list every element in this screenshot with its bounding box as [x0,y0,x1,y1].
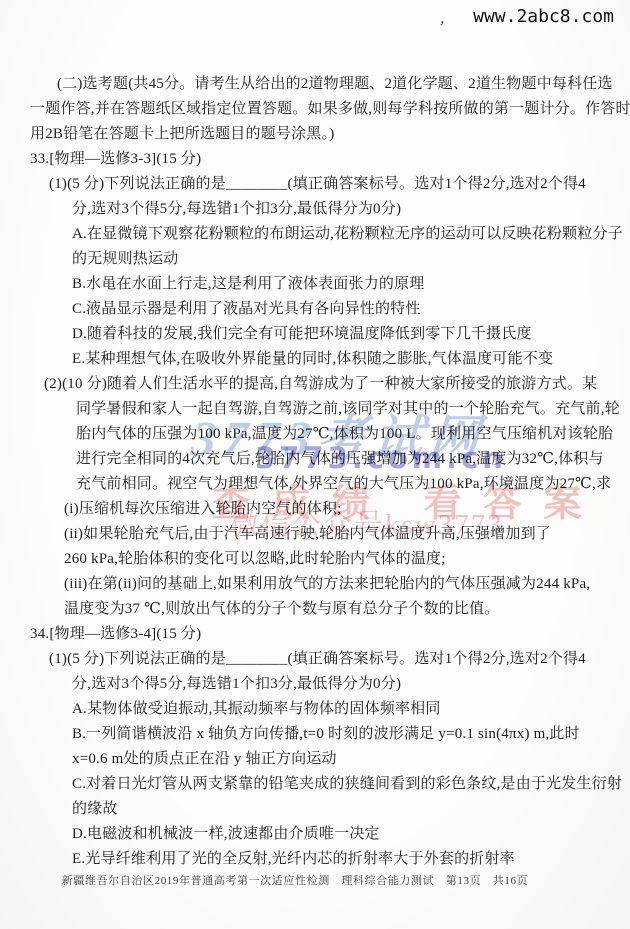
q34-part1-line-2: 分,选对3个得5分,每选错1个扣3分,最低得分为0分) [0,672,630,697]
exam-page-scan: , www.2abc8.com (二)选考题(共45分。请考生从给出的2道物理题… [0,0,630,929]
q34-part1-line-1: (1)(5 分)下列说法正确的是________(填正确答案标号。选对1个得2分… [0,647,630,672]
doc-lines: (二)选考题(共45分。请考生从给出的2道物理题、2道化学题、2道生物题中每科任… [0,72,630,872]
q33-option-c: C.液晶显示器是利用了液晶对光具有各向异性的特性 [0,297,630,322]
q33-part1-line-2: 分,选对3个得5分,每选错1个扣3分,最低得分为0分) [0,197,630,222]
q33-option-a-line-1: A.在显微镜下观察花粉颗粒的布朗运动,花粉颗粒无序的运动可以反映花粉颗粒分子 [0,222,630,247]
q34-option-c-line-1: C.对着日光灯管从两支紧靠的铅笔夹成的狭缝间看到的彩色条纹,是由于光发生衍射 [0,772,630,797]
q34-option-b-line-2: x=0.6 m处的质点正在沿 y 轴正方向运动 [0,747,630,772]
q33-part2-line-5: 充气前相同。视空气为理想气体,外界空气的大气压为100 kPa,环境温度为27℃… [0,472,630,497]
q33-sub-iii-line-2: 温度变为37 ℃,则放出气体的分子个数与原有总分子个数的比值。 [0,597,630,622]
q34-option-b-line-1: B.一列简谐横波沿 x 轴负方向传播,t=0 时刻的波形满足 y=0.1 sin… [0,722,630,747]
q33-part2-line-2: 同学暑假和家人一起自驾游,自驾游之前,该同学对其中的一个轮胎充气。充气前,轮 [0,397,630,422]
q33-sub-i: (i)压缩机每次压缩进入轮胎内空气的体积; [0,497,630,522]
q33-option-d: D.随着科技的发展,我们完全有可能把环境温度降低到零下几千摄氏度 [0,322,630,347]
q34-title: 34.[物理—选修3-4](15 分) [0,622,630,647]
intro-line-1: (二)选考题(共45分。请考生从给出的2道物理题、2道化学题、2道生物题中每科任… [0,72,630,97]
q33-part2-line-3: 胎内气体的压强为100 kPa,温度为27℃,体积为100 L。现利用空气压缩机… [0,422,630,447]
q34-option-d: D.电磁波和机械波一样,波速都由介质唯一决定 [0,822,630,847]
q33-option-e: E.某种理想气体,在吸收外界能量的同时,体积随之膨胀,气体温度可能不变 [0,347,630,372]
q34-option-c-line-2: 的缘故 [0,797,630,822]
q33-sub-ii-line-2: 260 kPa,轮胎体积的变化可以忽略,此时轮胎内气体的温度; [0,547,630,572]
website-header: www.2abc8.com [473,6,614,27]
q33-part2-line-1: (2)(10 分)随着人们生活水平的提高,自驾游成为了一种被大家所接受的旅游方式… [0,372,630,397]
q33-sub-ii-line-1: (ii)如果轮胎充气后,由于汽车高速行驶,轮胎内气体温度升高,压强增加到了 [0,522,630,547]
q34-option-e: E.光导纤维利用了光的全反射,光纤内芯的折射率大于外套的折射率 [0,847,630,872]
q33-part2-line-4: 进行完全相同的4次充气后,轮胎内气体的压强增加为244 kPa,温度为32℃,体… [0,447,630,472]
scan-artifact-mark: , [439,10,447,28]
q34-option-a: A.某物体做受迫振动,其振动频率与物体的固体频率相同 [0,697,630,722]
q33-title: 33.[物理—选修3-3](15 分) [0,147,630,172]
intro-line-2: 一题作答,并在答题纸区域指定位置答题。如果多做,则每学科按所做的第一题计分。作答… [0,97,630,122]
q33-option-b: B.水黾在水面上行走,这是利用了液体表面张力的原理 [0,272,630,297]
page-footer: 新疆维吾尔自治区2019年普通高考第一次适应性检测 理科综合能力测试 第13页 … [0,872,610,888]
q33-part1-line-1: (1)(5 分)下列说法正确的是________(填正确答案标号。选对1个得2分… [0,172,630,197]
q33-sub-iii-line-1: (iii)在第(ii)问的基础上,如果利用放气的方法来把轮胎内的气体压强减为24… [0,572,630,597]
intro-line-3: 用2B铅笔在答题卡上把所选题目的题号涂黑。) [0,122,630,147]
q33-option-a-line-2: 的无规则热运动 [0,247,630,272]
